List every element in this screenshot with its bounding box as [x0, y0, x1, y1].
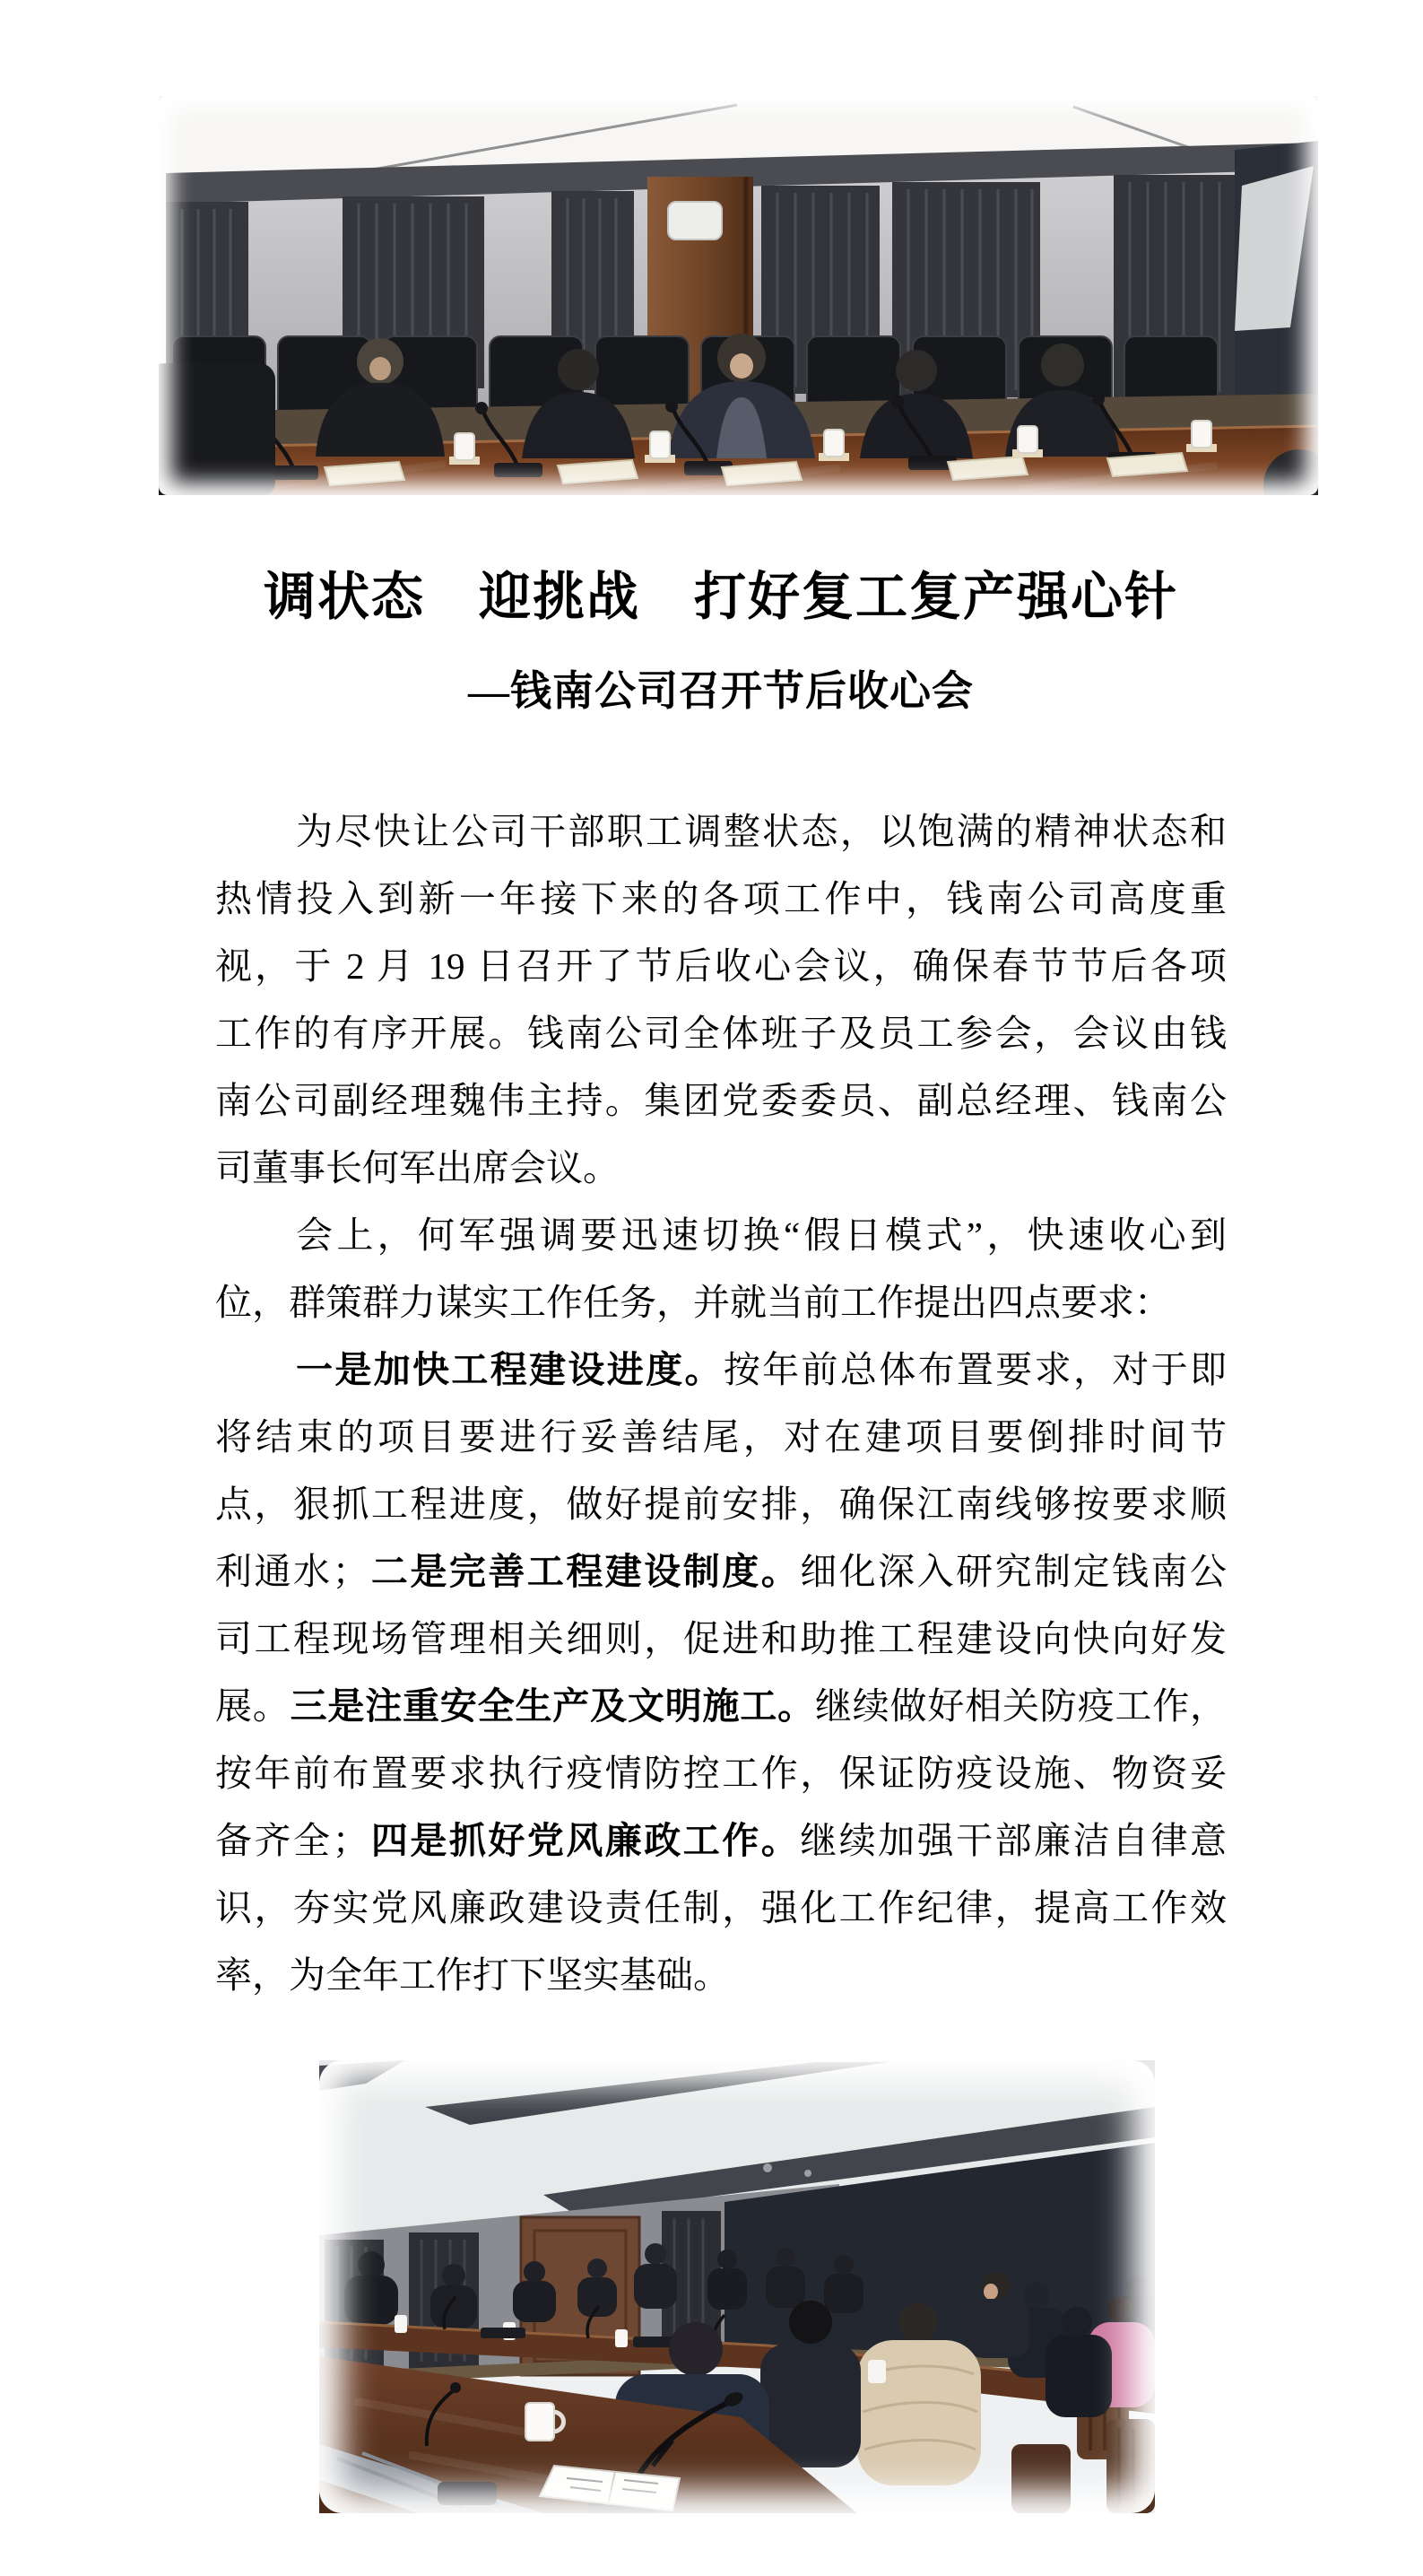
top-meeting-photo [159, 96, 1318, 495]
body-text-segment: 按年前总体布置要求，对于即 [724, 1349, 1227, 1390]
body-line: 热情投入到新一年接下来的各项工作中，钱南公司高度重 [215, 866, 1227, 933]
body-line: 司工程现场管理相关细则，促进和助推工程建设向快向好发 [215, 1606, 1227, 1673]
body-text-segment: 继续加强干部廉洁自律意 [800, 1820, 1227, 1861]
body-text-segment: 率，为全年工作打下坚实基础。 [215, 1954, 730, 1996]
bottom-meeting-photo [319, 2060, 1155, 2513]
body-text-segment: 位，群策群力谋实工作任务，并就当前工作提出四点要求： [215, 1282, 1171, 1323]
body-line: 利通水；二是完善工程建设制度。细化深入研究制定钱南公 [215, 1538, 1227, 1606]
body-line: 南公司副经理魏伟主持。集团党委委员、副总经理、钱南公 [215, 1067, 1227, 1135]
body-line: 位，群策群力谋实工作任务，并就当前工作提出四点要求： [215, 1269, 1227, 1336]
body-line: 识，夯实党风廉政建设责任制，强化工作纪律，提高工作效 [215, 1875, 1227, 1942]
body-text-segment: 识，夯实党风廉政建设责任制，强化工作纪律，提高工作效 [215, 1887, 1227, 1928]
body-line: 按年前布置要求执行疫情防控工作，保证防疫设施、物资妥 [215, 1740, 1227, 1807]
body-line: 将结束的项目要进行妥善结尾，对在建项目要倒排时间节 [215, 1404, 1227, 1471]
emphasis-text: 一是加快工程建设进度。 [296, 1349, 724, 1390]
body-text-segment: 利通水； [215, 1551, 369, 1592]
body-text-segment: 细化深入研究制定钱南公 [800, 1551, 1227, 1592]
document-page: 调状态 迎挑战 打好复工复产强心针 —钱南公司召开节后收心会 为尽快让公司干部职… [0, 0, 1423, 2576]
body-text-segment: 南公司副经理魏伟主持。集团党委委员、副总经理、钱南公 [215, 1080, 1227, 1121]
body-text-segment: 继续做好相关防疫工作， [815, 1685, 1227, 1727]
body-text-segment: 会上，何军强调要迅速切换“假日模式”，快速收心到 [296, 1214, 1227, 1256]
article-body: 为尽快让公司干部职工调整状态，以饱满的精神状态和热情投入到新一年接下来的各项工作… [215, 798, 1227, 2009]
bottom-meeting-photo-graphic [319, 2060, 1155, 2513]
body-text-segment: 为尽快让公司干部职工调整状态，以饱满的精神状态和 [296, 811, 1227, 852]
body-text-segment: 司董事长何军出席会议。 [215, 1147, 620, 1188]
emphasis-text: 三是注重安全生产及文明施工。 [291, 1685, 815, 1727]
article-subtitle: —钱南公司召开节后收心会 [215, 658, 1227, 718]
body-line: 点，狠抓工程进度，做好提前安排，确保江南线够按要求顺 [215, 1471, 1227, 1538]
body-line: 会上，何军强调要迅速切换“假日模式”，快速收心到 [215, 1202, 1227, 1269]
body-text-segment: 将结束的项目要进行妥善结尾，对在建项目要倒排时间节 [215, 1416, 1227, 1458]
body-text-segment: 展。 [215, 1685, 291, 1727]
body-text-segment: 点，狠抓工程进度，做好提前安排，确保江南线够按要求顺 [215, 1484, 1227, 1525]
body-line: 为尽快让公司干部职工调整状态，以饱满的精神状态和 [215, 798, 1227, 866]
body-line: 备齐全；四是抓好党风廉政工作。继续加强干部廉洁自律意 [215, 1807, 1227, 1875]
body-line: 司董事长何军出席会议。 [215, 1135, 1227, 1202]
body-text-segment: 视，于 2 月 19 日召开了节后收心会议，确保春节节后各项 [215, 945, 1227, 987]
article-title: 调状态 迎挑战 打好复工复产强心针 [215, 554, 1227, 630]
body-line: 率，为全年工作打下坚实基础。 [215, 1942, 1227, 2009]
body-line: 一是加快工程建设进度。按年前总体布置要求，对于即 [215, 1336, 1227, 1404]
body-text-segment: 热情投入到新一年接下来的各项工作中，钱南公司高度重 [215, 878, 1227, 919]
emphasis-text: 二是完善工程建设制度。 [369, 1551, 800, 1592]
body-line: 视，于 2 月 19 日召开了节后收心会议，确保春节节后各项 [215, 933, 1227, 1000]
emphasis-text: 四是抓好党风廉政工作。 [369, 1820, 800, 1861]
body-text-segment: 司工程现场管理相关细则，促进和助推工程建设向快向好发 [215, 1618, 1227, 1659]
body-line: 展。三是注重安全生产及文明施工。继续做好相关防疫工作， [215, 1673, 1227, 1740]
body-text-segment: 工作的有序开展。钱南公司全体班子及员工参会，会议由钱 [215, 1013, 1227, 1054]
body-text-segment: 按年前布置要求执行疫情防控工作，保证防疫设施、物资妥 [215, 1753, 1227, 1794]
body-line: 工作的有序开展。钱南公司全体班子及员工参会，会议由钱 [215, 1000, 1227, 1067]
top-meeting-photo-graphic [159, 96, 1318, 495]
body-text-segment: 备齐全； [215, 1820, 369, 1861]
